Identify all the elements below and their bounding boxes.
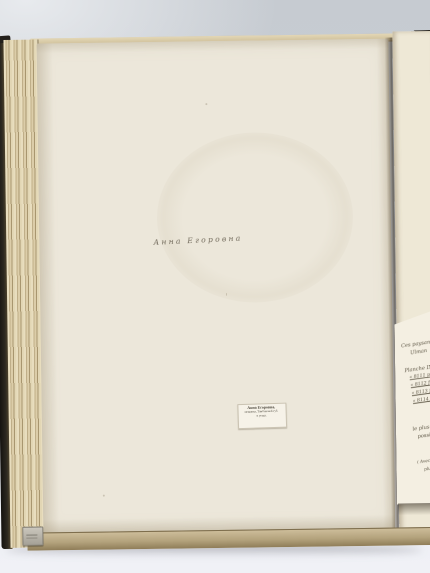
open-album: Анна Егоровна Анна Егоровна, мещанка, Та… xyxy=(0,33,430,551)
note-sheet-shadow xyxy=(398,503,430,516)
printed-caption-label: Анна Егоровна, мещанка, Тамбовской губ. … xyxy=(237,403,287,430)
label-text-block: Анна Егоровна, мещанка, Тамбовской губ. … xyxy=(238,404,284,419)
museum-photograph: Анна Егоровна Анна Егоровна, мещанка, Та… xyxy=(0,0,430,573)
note-footer-3: ( Avec : dessins intimes xyxy=(417,453,430,466)
blank-album-page: Анна Егоровна Анна Егоровна, мещанка, Та… xyxy=(37,39,396,534)
faint-oval-impression xyxy=(156,131,354,304)
paper-speck xyxy=(103,495,105,497)
note-footer-1: le plus tôt xyxy=(412,419,430,432)
edge-tag xyxy=(22,526,43,545)
annotated-note-sheet: Ces paysans brand Ulman Planche IX f « 8… xyxy=(394,310,430,505)
paper-speck xyxy=(205,103,207,105)
handwritten-notes-block: Ces paysans brand Ulman Planche IX f « 8… xyxy=(396,302,430,475)
paper-speck xyxy=(226,293,227,296)
